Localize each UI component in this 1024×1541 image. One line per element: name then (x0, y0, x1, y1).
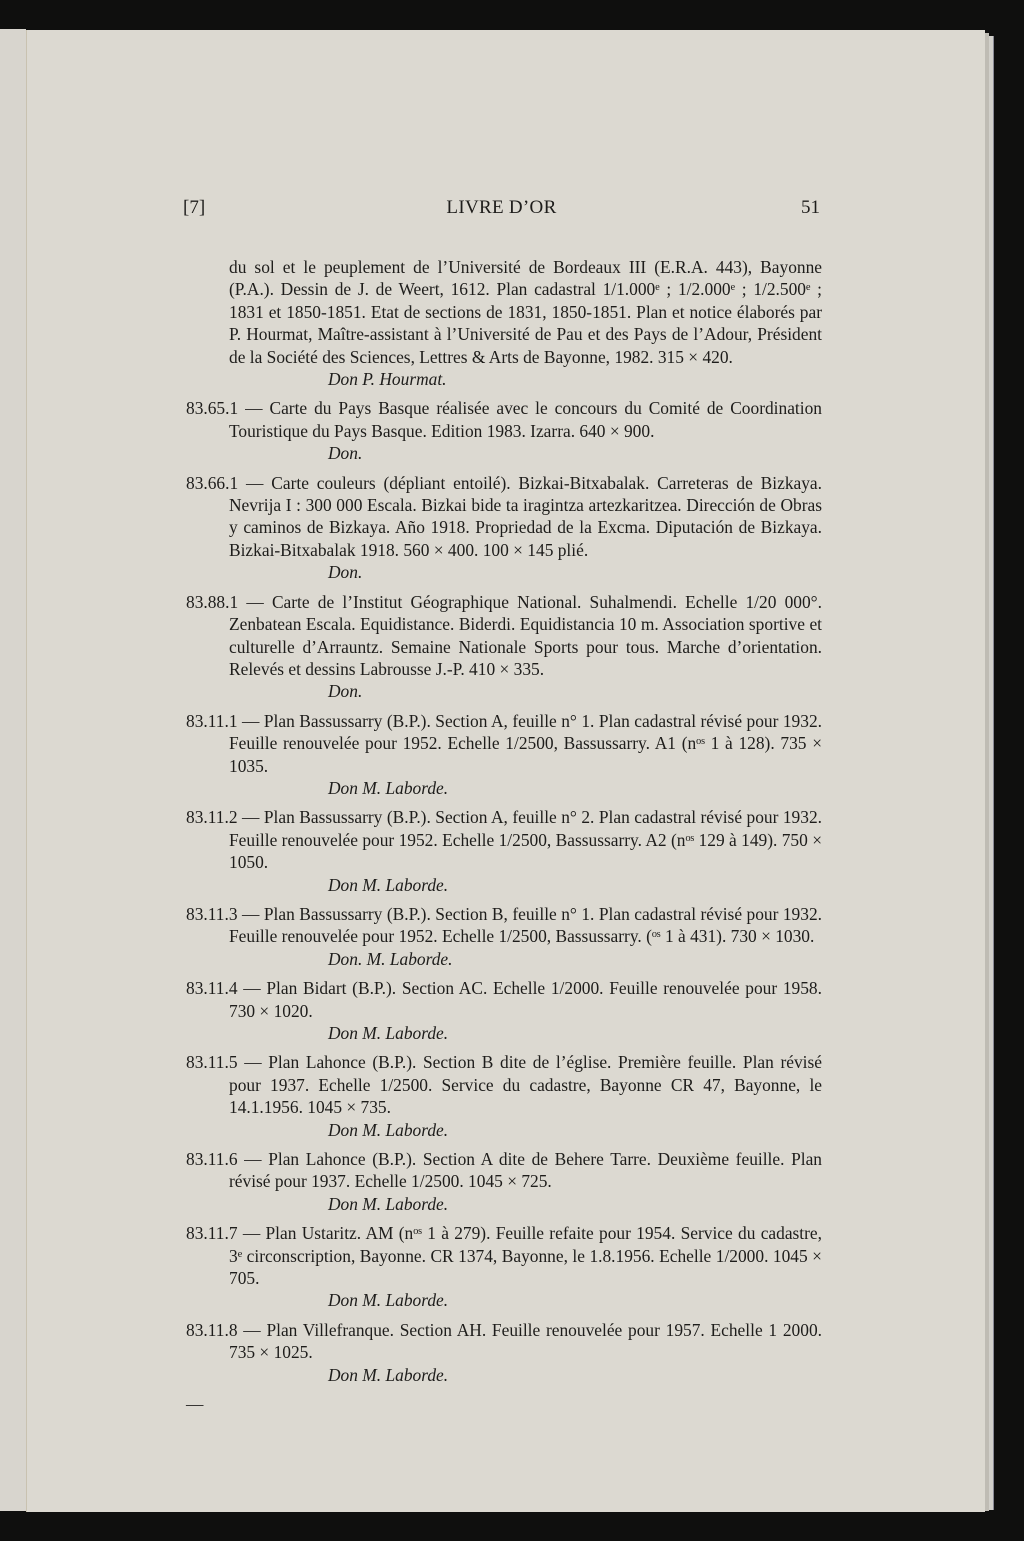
em-dash: — (243, 978, 260, 998)
em-dash: — (186, 1394, 203, 1414)
running-title: LIVRE D’OR (183, 197, 820, 219)
entry-text: Plan Bassussarry (B.P.). Section B, feui… (229, 904, 822, 946)
em-dash: — (246, 592, 263, 612)
page-number: 51 (801, 197, 820, 219)
catalog-entry: 83.66.1 — Carte couleurs (dépliant entoi… (186, 472, 822, 584)
catalog-entry: 83.11.7 — Plan Ustaritz. AM (nᵒˢ 1 à 279… (186, 1222, 822, 1312)
entry-text: Carte couleurs (dépliant entoilé). Bizka… (229, 473, 822, 560)
entry-number: 83.65.1 (186, 398, 238, 418)
entry-donor: Don. (186, 680, 822, 702)
em-dash: — (246, 473, 263, 493)
em-dash: — (245, 398, 262, 418)
entry-text: Plan Lahonce (B.P.). Section B dite de l… (229, 1052, 822, 1117)
entry-text: Plan Ustaritz. AM (nᵒˢ 1 à 279). Feuille… (229, 1223, 822, 1288)
em-dash: — (244, 1149, 261, 1169)
entry-text: Carte de l’Institut Géographique Nationa… (229, 592, 822, 679)
entry-number: 83.11.6 (186, 1149, 238, 1169)
entry-text: Plan Lahonce (B.P.). Section A dite de B… (229, 1149, 822, 1191)
entry-number: 83.11.4 (186, 978, 238, 998)
em-dash: — (242, 904, 259, 924)
catalog-entry: — (186, 1393, 822, 1415)
catalog-entry: 83.11.1 — Plan Bassussarry (B.P.). Secti… (186, 710, 822, 800)
em-dash: — (243, 1223, 260, 1243)
entry-number: 83.11.3 (186, 904, 238, 924)
entry-text: Plan Bidart (B.P.). Section AC. Echelle … (229, 978, 822, 1020)
entry-number: 83.11.8 (186, 1320, 238, 1340)
em-dash: — (242, 807, 259, 827)
entry-text: Plan Villefranque. Section AH. Feuille r… (229, 1320, 822, 1362)
continued-entry: du sol et le peuplement de l’Université … (186, 256, 822, 390)
catalog-entry: 83.11.4 — Plan Bidart (B.P.). Section AC… (186, 977, 822, 1044)
page-stack-edge (989, 36, 994, 1510)
entry-donor: Don M. Laborde. (186, 1119, 822, 1141)
entry-number: 83.66.1 (186, 473, 238, 493)
entry-number: 83.11.1 (186, 711, 238, 731)
entry-number: 83.88.1 (186, 592, 238, 612)
entry-text: Carte du Pays Basque réalisée avec le co… (229, 398, 822, 440)
catalog-entry: 83.11.3 — Plan Bassussarry (B.P.). Secti… (186, 903, 822, 970)
entry-text: Plan Bassussarry (B.P.). Section A, feui… (229, 711, 822, 776)
em-dash: — (244, 1052, 261, 1072)
entry-number: 83.11.7 (186, 1223, 238, 1243)
catalog-entry: 83.65.1 — Carte du Pays Basque réalisée … (186, 397, 822, 464)
entry-donor: Don M. Laborde. (186, 1193, 822, 1215)
entry-donor: Don P. Hourmat. (186, 368, 822, 390)
catalog-entry: 83.11.8 — Plan Villefranque. Section AH.… (186, 1319, 822, 1386)
em-dash: — (242, 711, 259, 731)
entry-text: Plan Bassussarry (B.P.). Section A, feui… (229, 807, 822, 872)
entry-number: 83.11.5 (186, 1052, 238, 1072)
entry-donor: Don. (186, 442, 822, 464)
page-body: du sol et le peuplement de l’Université … (186, 256, 822, 1423)
catalog-entry: 83.11.6 — Plan Lahonce (B.P.). Section A… (186, 1148, 822, 1215)
entry-number: 83.11.2 (186, 807, 238, 827)
entry-donor: Don M. Laborde. (186, 874, 822, 896)
em-dash: — (243, 1320, 260, 1340)
entry-text: du sol et le peuplement de l’Université … (186, 256, 822, 368)
entry-donor: Don M. Laborde. (186, 1022, 822, 1044)
entry-donor: Don M. Laborde. (186, 1289, 822, 1311)
entry-donor: Don M. Laborde. (186, 777, 822, 799)
entry-donor: Don. M. Laborde. (186, 948, 822, 970)
entry-donor: Don. (186, 561, 822, 583)
catalog-entry: 83.11.5 — Plan Lahonce (B.P.). Section B… (186, 1051, 822, 1141)
catalog-entry: 83.11.2 — Plan Bassussarry (B.P.). Secti… (186, 806, 822, 896)
entry-donor: Don M. Laborde. (186, 1364, 822, 1386)
running-header: [7] LIVRE D’OR 51 (183, 197, 820, 223)
facing-page-edge (0, 29, 26, 1511)
catalog-entry: 83.88.1 — Carte de l’Institut Géographiq… (186, 591, 822, 703)
